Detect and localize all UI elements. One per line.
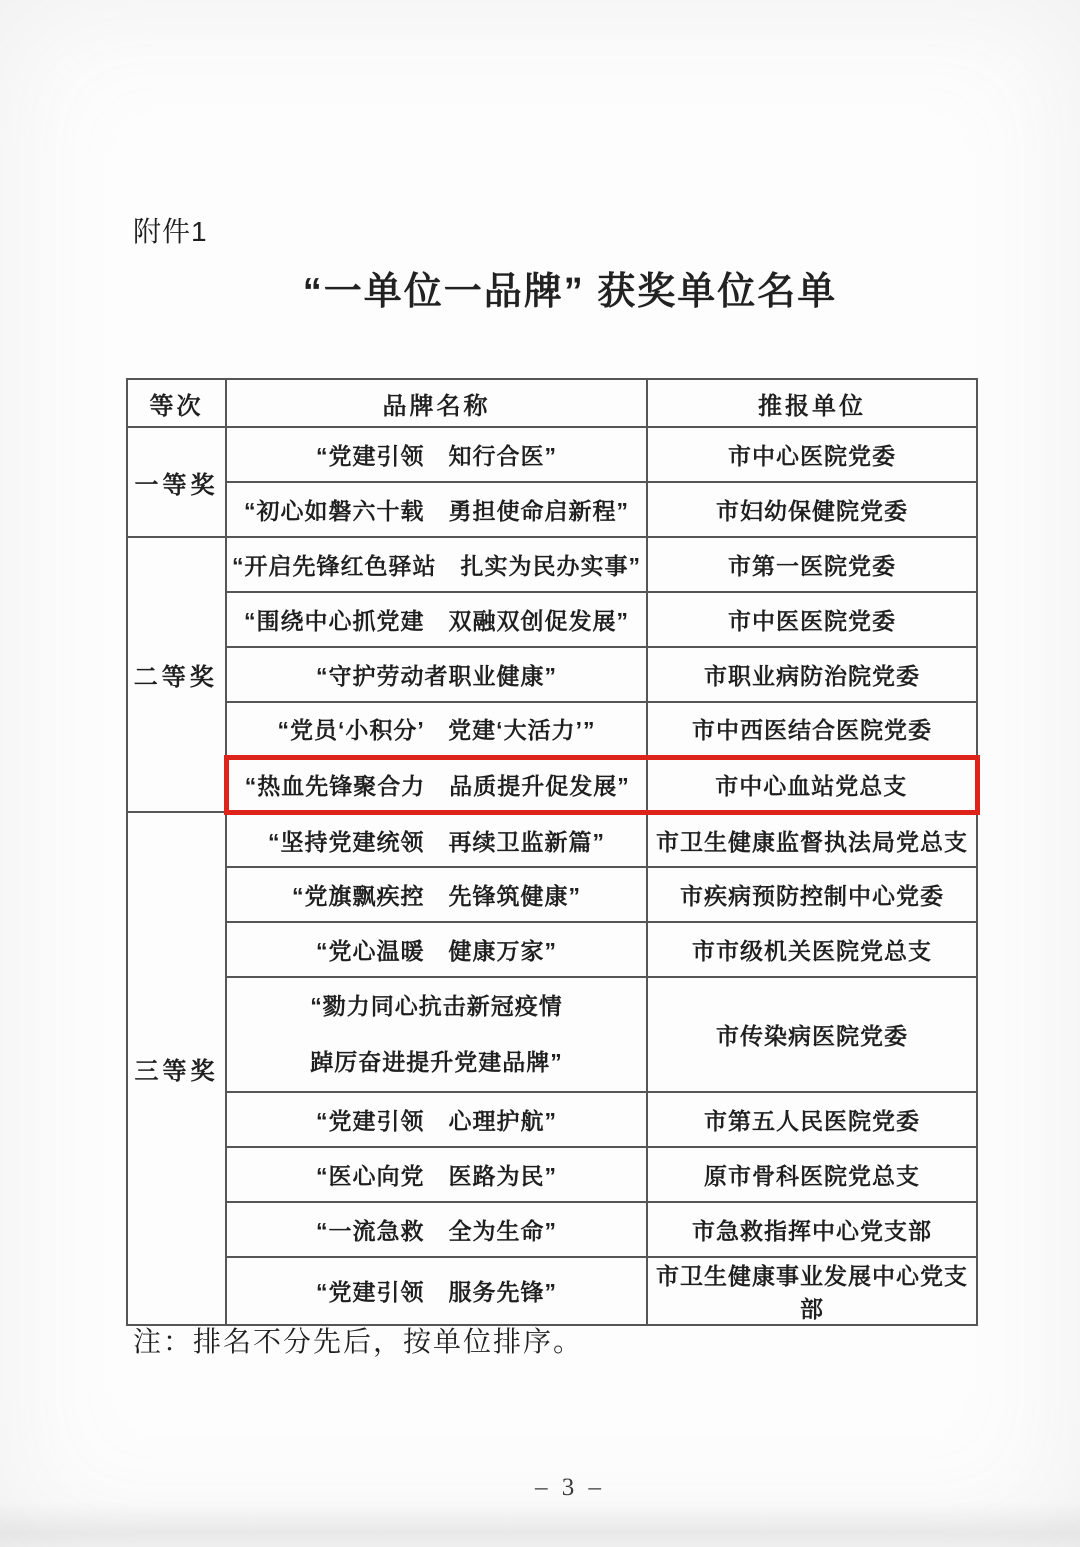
brand-cell: “守护劳动者职业健康” <box>226 647 647 702</box>
rank-cell-first-prize: 一等奖 <box>127 427 226 537</box>
table-row: “党心温暖 健康万家” 市市级机关医院党总支 <box>127 922 977 977</box>
unit-cell: 市市级机关医院党总支 <box>647 922 977 977</box>
footnote: 注：排名不分先后，按单位排序。 <box>133 1320 583 1360</box>
table-row: 一等奖 “党建引领 知行合医” 市中心医院党委 <box>127 427 977 482</box>
brand-cell: “党心温暖 健康万家” <box>226 922 647 977</box>
table-row: “一流急救 全为生命” 市急救指挥中心党支部 <box>127 1202 977 1257</box>
brand-cell: “医心向党 医路为民” <box>226 1147 647 1202</box>
unit-cell: 市职业病防治院党委 <box>647 647 977 702</box>
awards-table: 等次 品牌名称 推报单位 一等奖 “党建引领 知行合医” 市中心医院党委 “初心… <box>126 378 980 1326</box>
unit-cell: 市急救指挥中心党支部 <box>647 1202 977 1257</box>
brand-cell-highlighted: “热血先锋聚合力 品质提升促发展” <box>226 757 647 812</box>
brand-cell: “初心如磐六十载 勇担使命启新程” <box>226 482 647 537</box>
header-cell-unit: 推报单位 <box>647 379 977 427</box>
unit-cell: 市中医医院党委 <box>647 592 977 647</box>
rank-cell-third-prize: 三等奖 <box>127 812 226 1325</box>
brand-cell: “一流急救 全为生命” <box>226 1202 647 1257</box>
unit-cell: 市第五人民医院党委 <box>647 1092 977 1147</box>
unit-cell: 市第一医院党委 <box>647 537 977 592</box>
document-title: “一单位一品牌” 获奖单位名单 <box>60 260 1080 315</box>
brand-cell: “党员‘小积分’ 党建‘大活力’” <box>226 702 647 757</box>
brand-cell: “党建引领 服务先锋” <box>226 1257 647 1325</box>
unit-cell: 市中心医院党委 <box>647 427 977 482</box>
table-row: “勠力同心抗击新冠疫情 踔厉奋进提升党建品牌” 市传染病医院党委 <box>127 977 977 1092</box>
table-header-row: 等次 品牌名称 推报单位 <box>127 379 977 427</box>
attachment-label: 附件1 <box>133 210 208 250</box>
brand-cell: “围绕中心抓党建 双融双创促发展” <box>226 592 647 647</box>
table-row: “党建引领 心理护航” 市第五人民医院党委 <box>127 1092 977 1147</box>
page-number: – 3 – <box>60 1474 1080 1502</box>
header-cell-rank: 等次 <box>127 379 226 427</box>
unit-cell: 市卫生健康监督执法局党总支 <box>647 812 977 867</box>
table-row: 三等奖 “坚持党建统领 再续卫监新篇” 市卫生健康监督执法局党总支 <box>127 812 977 867</box>
unit-cell: 市中西医结合医院党委 <box>647 702 977 757</box>
brand-cell: “党旗飘疾控 先锋筑健康” <box>226 867 647 922</box>
table-row: “党员‘小积分’ 党建‘大活力’” 市中西医结合医院党委 <box>127 702 977 757</box>
table-row: “初心如磐六十载 勇担使命启新程” 市妇幼保健院党委 <box>127 482 977 537</box>
unit-cell: 市疾病预防控制中心党委 <box>647 867 977 922</box>
brand-cell: “党建引领 知行合医” <box>226 427 647 482</box>
table-row: “医心向党 医路为民” 原市骨科医院党总支 <box>127 1147 977 1202</box>
table-row: “围绕中心抓党建 双融双创促发展” 市中医医院党委 <box>127 592 977 647</box>
table-row: 二等奖 “开启先锋红色驿站 扎实为民办实事” 市第一医院党委 <box>127 537 977 592</box>
unit-cell: 市卫生健康事业发展中心党支部 <box>647 1257 977 1325</box>
brand-cell: “开启先锋红色驿站 扎实为民办实事” <box>226 537 647 592</box>
table-row: “党建引领 服务先锋” 市卫生健康事业发展中心党支部 <box>127 1257 977 1325</box>
unit-cell: 原市骨科医院党总支 <box>647 1147 977 1202</box>
brand-cell: “坚持党建统领 再续卫监新篇” <box>226 812 647 867</box>
scanned-document-page: 附件1 “一单位一品牌” 获奖单位名单 等次 品牌名称 推报单位 一等奖 “党建… <box>0 0 1080 1547</box>
header-cell-brand: 品牌名称 <box>226 379 647 427</box>
unit-cell: 市妇幼保健院党委 <box>647 482 977 537</box>
unit-cell: 市传染病医院党委 <box>647 977 977 1092</box>
brand-cell-two-line: “勠力同心抗击新冠疫情 踔厉奋进提升党建品牌” <box>226 977 647 1092</box>
table-row: “党旗飘疾控 先锋筑健康” 市疾病预防控制中心党委 <box>127 867 977 922</box>
unit-cell-highlighted: 市中心血站党总支 <box>647 757 977 812</box>
table-row: “守护劳动者职业健康” 市职业病防治院党委 <box>127 647 977 702</box>
table-row-highlighted: “热血先锋聚合力 品质提升促发展” 市中心血站党总支 <box>127 757 977 812</box>
brand-cell: “党建引领 心理护航” <box>226 1092 647 1147</box>
rank-cell-second-prize: 二等奖 <box>127 537 226 812</box>
scan-edge-shadow <box>0 1501 1080 1547</box>
